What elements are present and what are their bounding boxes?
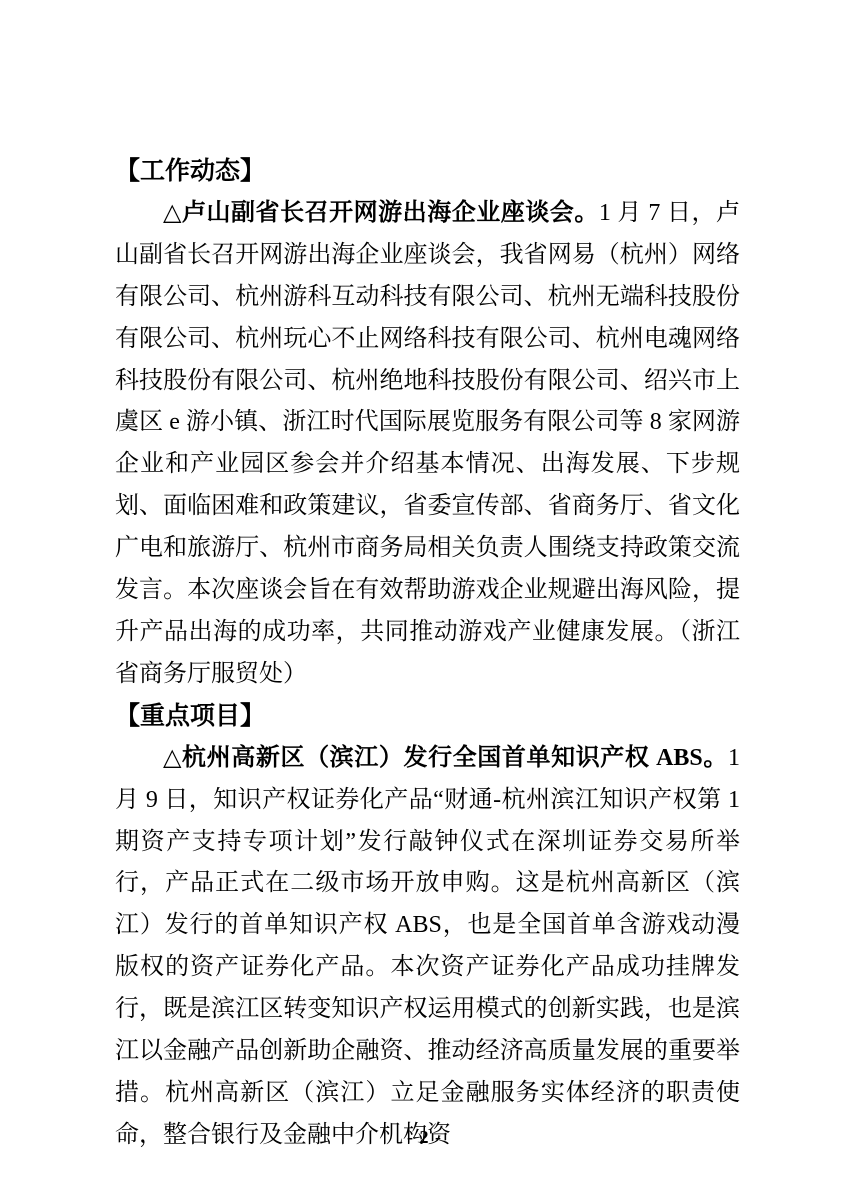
- paragraph-lead: △卢山副省长召开网游出海企业座谈会。: [163, 200, 599, 226]
- section-heading-work-updates: 【工作动态】: [115, 151, 740, 193]
- document-content: 【工作动态】 △卢山副省长召开网游出海企业座谈会。1 月 7 日，卢山副省长召开…: [115, 151, 740, 1157]
- document-page: 【工作动态】 △卢山副省长召开网游出海企业座谈会。1 月 7 日，卢山副省长召开…: [0, 0, 849, 1200]
- paragraph-lead: △杭州高新区（滨江）发行全国首单知识产权 ABS。: [163, 745, 728, 771]
- paragraph-key-projects: △杭州高新区（滨江）发行全国首单知识产权 ABS。1 月 9 日，知识产权证券化…: [115, 738, 740, 1157]
- paragraph-body: 1 月 7 日，卢山副省长召开网游出海企业座谈会，我省网易（杭州）网络有限公司、…: [115, 200, 740, 687]
- section-key-projects: 【重点项目】 △杭州高新区（滨江）发行全国首单知识产权 ABS。1 月 9 日，…: [115, 696, 740, 1157]
- paragraph-body: 1 月 9 日，知识产权证券化产品“财通-杭州滨江知识产权第 1 期资产支持专项…: [115, 745, 740, 1148]
- page-number: - 2 -: [407, 1127, 442, 1147]
- page-footer: - 2 -: [0, 1127, 849, 1148]
- section-heading-key-projects: 【重点项目】: [115, 696, 740, 738]
- paragraph-work-updates: △卢山副省长召开网游出海企业座谈会。1 月 7 日，卢山副省长召开网游出海企业座…: [115, 193, 740, 696]
- section-work-updates: 【工作动态】 △卢山副省长召开网游出海企业座谈会。1 月 7 日，卢山副省长召开…: [115, 151, 740, 696]
